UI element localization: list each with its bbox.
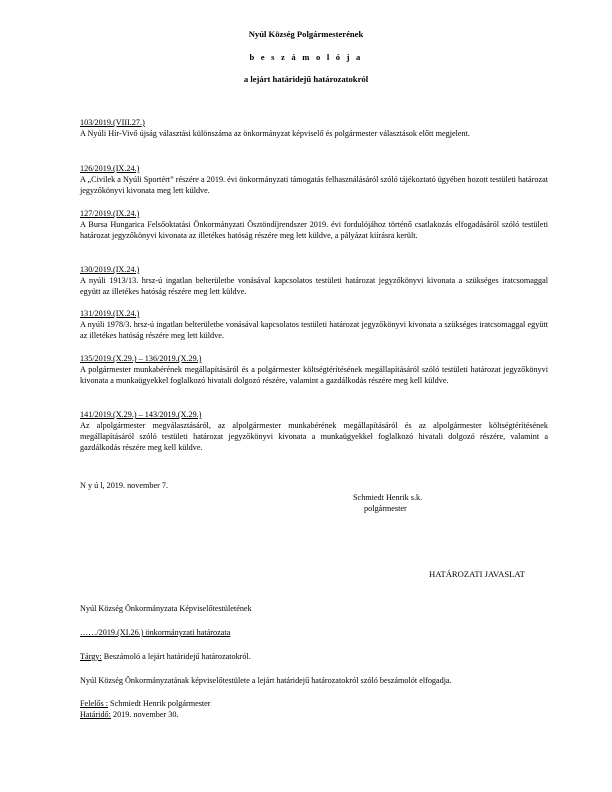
resolution-number: 103/2019.(VIII.27.) [80, 117, 548, 128]
resolution-number: 141/2019.(X.29.) – 143/2019.(X.29.) [80, 409, 548, 420]
proposal-heading: HATÁROZATI JAVASLAT [429, 569, 525, 580]
resolution-number: 126/2019.(IX.24.) [80, 163, 548, 174]
document-title: Nyúl Község Polgármesterének [0, 29, 612, 39]
resolution-entry: 103/2019.(VIII.27.) A Nyúli Hír-Vivő újs… [80, 117, 548, 139]
signature-name: Schmiedt Henrik s.k. [353, 492, 422, 503]
subject-label: Tárgy: [80, 652, 102, 661]
resolution-text: A „Civilek a Nyúli Sportért” részére a 2… [80, 174, 548, 196]
resolution-text: A nyúli 1913/13. hrsz-ú ingatlan belterü… [80, 275, 548, 297]
document-page: Nyúl Község Polgármesterének b e s z á m… [0, 0, 612, 792]
signature-role: polgármester [364, 503, 407, 514]
resolution-number: 135/2019.(X.29.) – 136/2019.(X.29.) [80, 353, 548, 364]
resolution-text: A polgármester munkabérének megállapítás… [80, 364, 548, 386]
document-topic: a lejárt határidejű határozatokról [0, 74, 612, 84]
proposal-body-name: Nyúl Község Önkormányzata Képviselőtestü… [80, 603, 252, 614]
subject-text: Beszámoló a lejárt határidejű határozato… [102, 652, 251, 661]
resolution-entry: 135/2019.(X.29.) – 136/2019.(X.29.) A po… [80, 353, 548, 386]
proposal-subject: Tárgy: Beszámoló a lejárt határidejű hat… [80, 651, 251, 662]
proposal-resolution-number: ……/2019.(XI.26.) önkormányzati határozat… [80, 627, 230, 638]
resolution-number: 130/2019.(IX.24.) [80, 264, 548, 275]
resolution-entry: 127/2019.(IX.24.) A Bursa Hungarica Fels… [80, 208, 548, 241]
resolution-text: A Bursa Hungarica Felsőoktatási Önkormán… [80, 219, 548, 241]
document-subtitle: b e s z á m o l ó j a [0, 52, 612, 62]
resolution-entry: 126/2019.(IX.24.) A „Civilek a Nyúli Spo… [80, 163, 548, 196]
resolution-entry: 131/2019.(IX.24.) A nyúli 1978/3. hrsz-ú… [80, 308, 548, 341]
deadline-text: 2019. november 30. [111, 710, 179, 719]
date-line: N y ú l, 2019. november 7. [80, 480, 168, 491]
proposal-decision: Nyúl Község Önkormányzatának képviselőte… [80, 675, 452, 686]
resolution-text: A Nyúli Hír-Vivő újság választási különs… [80, 128, 548, 139]
resolution-number: 131/2019.(IX.24.) [80, 308, 548, 319]
resolution-entry: 141/2019.(X.29.) – 143/2019.(X.29.) Az a… [80, 409, 548, 453]
deadline-label: Határidő: [80, 710, 111, 719]
proposal-deadline: Határidő: 2019. november 30. [80, 709, 178, 720]
proposal-responsible: Felelős : Schmiedt Henrik polgármester [80, 698, 211, 709]
responsible-text: Schmiedt Henrik polgármester [108, 699, 211, 708]
resolution-text: A nyúli 1978/3. hrsz-ú ingatlan belterül… [80, 319, 548, 341]
responsible-label: Felelős : [80, 699, 108, 708]
resolution-text: Az alpolgármester megválasztásáról, az a… [80, 420, 548, 453]
resolution-entry: 130/2019.(IX.24.) A nyúli 1913/13. hrsz-… [80, 264, 548, 297]
resolution-number: 127/2019.(IX.24.) [80, 208, 548, 219]
